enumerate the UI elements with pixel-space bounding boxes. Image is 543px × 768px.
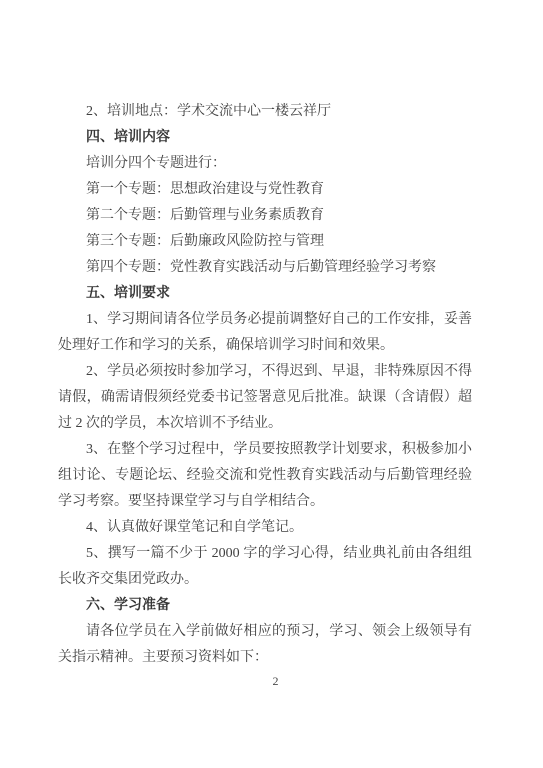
page-number: 2 — [265, 674, 279, 688]
document-page: 2、培训地点：学术交流中心一楼云祥厅四、培训内容培训分四个专题进行：第一个专题：… — [0, 0, 543, 768]
paragraph: 2、学员必须按时参加学习，不得迟到、早退，非特殊原因不得请假，确需请假须经党委书… — [58, 359, 472, 437]
paragraph: 1、学习期间请各位学员务必提前调整好自己的工作安排，妥善处理好工作和学习的关系，… — [58, 307, 472, 359]
paragraph: 4、认真做好课堂笔记和自学笔记。 — [58, 515, 472, 541]
paragraph: 第二个专题：后勤管理与业务素质教育 — [58, 203, 472, 229]
paragraph: 第一个专题：思想政治建设与党性教育 — [58, 177, 472, 203]
paragraph: 培训分四个专题进行： — [58, 151, 472, 177]
section-heading: 四、培训内容 — [58, 125, 472, 151]
paragraph: 第三个专题：后勤廉政风险防控与管理 — [58, 229, 472, 255]
section-heading: 六、学习准备 — [58, 593, 472, 619]
page-footer: 2 — [0, 672, 543, 690]
paragraph: 3、在整个学习过程中，学员要按照教学计划要求，积极参加小组讨论、专题论坛、经验交… — [58, 437, 472, 515]
section-heading: 五、培训要求 — [58, 281, 472, 307]
paragraph: 第四个专题：党性教育实践活动与后勤管理经验学习考察 — [58, 255, 472, 281]
paragraph: 2、培训地点：学术交流中心一楼云祥厅 — [58, 99, 472, 125]
paragraph: 请各位学员在入学前做好相应的预习，学习、领会上级领导有关指示精神。主要预习资料如… — [58, 619, 472, 671]
document-body: 2、培训地点：学术交流中心一楼云祥厅四、培训内容培训分四个专题进行：第一个专题：… — [58, 99, 472, 671]
paragraph: 5、撰写一篇不少于 2000 字的学习心得，结业典礼前由各组组长收齐交集团党政办… — [58, 541, 472, 593]
